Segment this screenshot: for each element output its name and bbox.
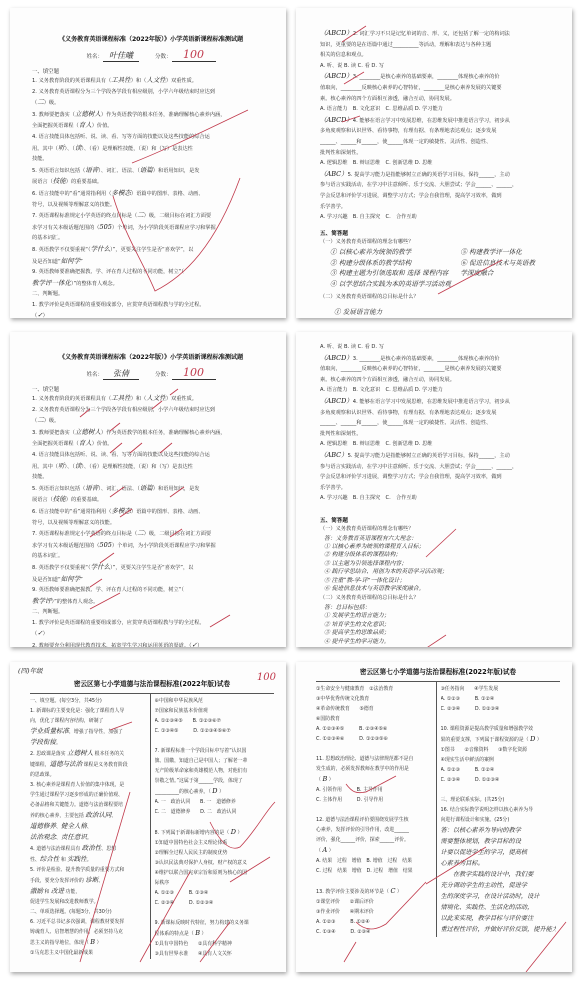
- question-line: 12. 道德与法治课程评价要围绕发展学生核: [316, 815, 432, 825]
- question-line: ③具有世界水准 ④具有人文关怀: [155, 949, 271, 959]
- question-line: ③认识民法典对保护人身权、财产权的意义: [155, 858, 271, 868]
- question-text: 技能。: [32, 474, 48, 480]
- score-value: 100: [172, 366, 216, 380]
- question-line: 用。其中（听）、（读）、（看）是理解性技能，（说）和（写）是表达性: [32, 461, 270, 473]
- question-line: （ABC）5. 提高学习能力是指能够树立正确的英语学习目标，保持______，主…: [320, 169, 556, 181]
- question-line: 7. 英语课程标准规定小学英语的终点目标是（二）级，二级目标在词汇方面要: [32, 528, 270, 540]
- question-line: [155, 908, 271, 918]
- handwritten-answer: 人文性: [146, 76, 166, 84]
- question-text: 向进行课程设计和实施。(25分): [441, 817, 510, 823]
- question-text: 4. 道德与法治课程具有: [30, 846, 82, 852]
- handwritten-answer-line: 答：以核心素养为导向的教学: [441, 825, 557, 836]
- score-label: 分数：: [155, 372, 172, 378]
- question-text: ）价值。: [92, 441, 113, 447]
- english-exam-sheet-1-back: （ABCD）2. 词汇学习不只是记忆单词的音、形、义，还包括了解一定的构词法知识…: [296, 8, 572, 318]
- question-line: 2. 教师要充分利用现代教育技术，拓宽学生学习和运用英语的渠道。（✓）: [32, 640, 270, 647]
- handwritten-answer: 如何学: [61, 575, 81, 583]
- handwritten-answer-line: 心素养为目标。: [441, 858, 557, 869]
- handwritten-answer-line: ① 以核心素养为统领的教学: [330, 247, 454, 258]
- handwritten-answer: 诊断: [85, 876, 98, 884]
- handwritten-answer: 政治认同: [85, 811, 111, 819]
- question-text: 1. 义务教育阶段的英语课程具有（: [32, 78, 111, 84]
- handwritten-answer: 学什么: [91, 245, 111, 253]
- question-line: 崇敬之情。”这属于第______学段，体现了: [155, 776, 271, 786]
- question-text: ______、______和______，使______体现一定的敏捷性、灵活性…: [320, 420, 491, 426]
- handwritten-answer: 政治性: [82, 844, 102, 852]
- english-exam-sheet-2-back: A. 听、说 B. 读 C. 看 D. 写 （ABCD）3. ________是…: [296, 332, 572, 647]
- question-text: ）语篇中的图形、表格、动画、: [131, 191, 204, 197]
- question-line: 1. 义务教育阶段的英语课程具有（工具性）和（人文性）双重性质。: [32, 75, 270, 87]
- question-line: 程体系的特点是（ B ）: [155, 928, 271, 939]
- question-text: A. 听、说 B. 读 C. 看 D. 写: [320, 63, 384, 69]
- handwritten-answer: 工具性: [111, 76, 131, 84]
- question-text: ）: [200, 931, 206, 937]
- question-text: 及是否知道“: [32, 259, 61, 265]
- handwritten-answer: 教学评一体化: [32, 279, 71, 287]
- answer-list-q1: 答：义务教育英语课程有六大理念：① 以核心素养为统领的课程育人目标；② 构建分级…: [320, 535, 556, 594]
- question-line: 7. 新课程标准一个学段目标中写着“认识国: [155, 746, 271, 756]
- question-line: ①知道中国特色社会主义理论体系: [155, 838, 271, 848]
- question-text: 批判性和深刻性。: [320, 150, 362, 156]
- handwritten-answer: （ABC）: [320, 170, 348, 178]
- handwritten-answer: 语音: [85, 484, 98, 492]
- question-line: （ABCD）4. 能够在语言学习中发展思维，在思维发展中推进语言学习，初步从: [320, 115, 556, 127]
- question-line: 学会反思和评价学习进展，调整学习方式；学会自我管理，提高学习效率，做到: [320, 191, 556, 202]
- handwritten-answer-line: 答：义务教育英语课程有六大理念：: [324, 535, 556, 543]
- handwritten-answer-line: 在教学实践的设计中，我们要: [441, 869, 557, 880]
- question-line: 评价，强化______评价，探索______评价。: [316, 835, 432, 845]
- question-text: 性、: [30, 857, 40, 863]
- question-text: ，增强了指导性，加强了: [69, 729, 123, 735]
- question-text: 求学习有关本级话题范围的（: [32, 225, 99, 231]
- question-line: 向，优化了课程内容结构，研制了: [30, 716, 146, 726]
- question-text: 用。其中（: [32, 146, 58, 152]
- handwritten-answer-line: 答：总目标包括：: [324, 604, 556, 612]
- question-text: 、: [98, 878, 103, 884]
- exam-title: 《义务教育英语课程标准（2022年版）》小学英语新课程标准测试题: [32, 352, 270, 361]
- question-line: A. 逻辑思维 B. 辩证思维 C. 创新思维 D. 思维: [320, 439, 556, 450]
- answer-list-q2: 答：总目标包括：① 发展学生的语言能力；② 培育学生的文化意识；③ 提高学生的思…: [320, 604, 556, 646]
- question-line: 二、判断题。: [32, 607, 270, 618]
- question-text: 5. 英语语言知识包括（: [32, 486, 85, 492]
- question-text: 3. 核心素养是课程育人价值的集中体现，是: [30, 782, 124, 788]
- question-text: 学会反思和评价学习进展，调整学习方式；学会自我管理，提高学习效率，做到: [320, 474, 502, 480]
- question-line: 性、综合性 和 实践性。: [30, 854, 146, 865]
- question-line: 值取向，________反映核心素养的心智特征，________是核心素养发展的…: [320, 364, 556, 375]
- question-text: ⑥国防教育: [316, 716, 340, 722]
- question-line: ②理解全过程人民民主的制度优势: [155, 848, 271, 858]
- handwritten-answer: 改进: [51, 887, 64, 895]
- question-line: 果的重要支撑，下列属于课程资源的是（ D ）: [441, 734, 557, 745]
- question-line: A. 语言能力 B. 文化意识 C. 思维品质 D. 学习能力: [320, 104, 556, 115]
- handwritten-answer-line: ④ 提升学生的学习能力。: [324, 638, 556, 646]
- question-line: 全面把握英语课程（育人）价值。: [32, 120, 270, 132]
- question-text: ”: [80, 259, 83, 265]
- question-text: 二、单项选择题。(每题3分，共30分): [30, 909, 112, 915]
- question-line: 10. 课程资源是提高教学质量和增强教学效: [441, 724, 557, 734]
- question-line: 教学评）”的整体育人观念。: [32, 596, 270, 608]
- handwritten-answer-line: ⑤ 构建教学评一体化: [460, 247, 556, 258]
- question-line: [316, 876, 432, 886]
- question-line: 参与语言实践活动，在学习中注意倾听、乐于交流、大胆尝试；学会______、___…: [320, 180, 556, 191]
- question-text: A. ①②③④⑤ B. ②③④⑤⑥: [316, 726, 387, 732]
- question-line: ④革命传统教育 ⑤德育: [316, 704, 432, 714]
- question-text: 3. ________是核心素养的基础要素，________体现核心素养的价: [353, 74, 500, 80]
- handwritten-answer: 责任意识: [61, 833, 87, 841]
- handwritten-answer-line: ⑥ 促进信息技术与英语教学深度融合。: [324, 585, 556, 593]
- question-text: 评价，强化______评价，探索______评价。: [316, 837, 409, 843]
- handwritten-answer: 多模态: [111, 507, 131, 515]
- question-line: [155, 736, 271, 746]
- question-text: 向，优化了课程内容结构，研制了: [30, 718, 103, 724]
- question-text: C. ②③④ D. ①②③④: [155, 900, 214, 906]
- question-text: 16. 结合实际教学说明怎样以核心素养为导: [441, 807, 533, 813]
- handwritten-answer: 学业质量标准: [30, 727, 69, 735]
- question-line: 5. 英语语言知识包括（语音）、词汇、语法、（语篇）和语用知识，是发: [32, 165, 270, 177]
- score-value: 100: [172, 48, 216, 62]
- question-text: ③中华优秀传统文化教育: [316, 696, 369, 702]
- question-line: 心素养，发挥评价的引导作用，改进______: [316, 825, 432, 835]
- handwritten-answer: 立德树人: [75, 428, 101, 436]
- question-text: A. ①②③ B. ①②④: [316, 919, 370, 925]
- section-short-answer: 五、简答题: [320, 229, 556, 237]
- question-line: __________的核心素养。（ D ）: [155, 786, 271, 797]
- question-line: 促进学生发展和改进教师教学。: [30, 897, 146, 907]
- question-line: 思主义的指导地位，体现（ B ）: [30, 937, 146, 948]
- question-text: 1. 教学评价是英语课程的重要组成部分，应贯穿英语课程教与学的全过程。: [32, 620, 205, 626]
- question-text: 功能，: [64, 889, 80, 895]
- exam-title: 密云区第七小学道德与法治课程标准(2022年版)试卷: [316, 666, 560, 676]
- question-line: A. 引领作用 B. 主导作用: [316, 785, 432, 795]
- question-line: 8. 英语教学不仅要重视“（学什么）”，更要关注学生是否“喜欢学”，以: [32, 562, 270, 574]
- question-text: C. ①②③④⑥ D. ①②③⑤⑥: [316, 736, 388, 742]
- question-text: ）和（: [131, 396, 147, 402]
- question-text: 8. 英语教学不仅要重视“（: [32, 247, 91, 253]
- question-text: 3. ________是核心素养的基础要素，________体现核心素养的价: [353, 356, 500, 362]
- question-text: 展语言（: [32, 497, 53, 503]
- question-line: C. 二 道德修养 D. 二 政治认同: [155, 807, 271, 817]
- question-text: 及是否知道“: [32, 577, 61, 583]
- exam-paper-collage: 《义务教育英语课程标准（2022年版）》小学英语新课程标准测试题 姓名：叶佳曦 …: [0, 0, 582, 982]
- question-line: （ABCD）2. 词汇学习不只是记忆单词的音、形、义，还包括了解一定的构词法: [320, 28, 556, 40]
- handwritten-answer: 505: [99, 223, 111, 231]
- handwritten-answer: 实践性: [67, 855, 87, 863]
- question-line: ④维护以联合国宪章宗旨和原则为核心的国: [155, 868, 271, 878]
- question-line: 参与语言实践活动，在学习中注意倾听、乐于交流、大胆尝试；学会______、___…: [320, 462, 556, 473]
- question-line: 展语言（技能）的重要基础。: [32, 176, 270, 188]
- question-text: ⑦国家和民族基本价值观: [155, 708, 208, 714]
- question-line: A. ①②③④⑤ B. ①②③⑥⑦: [155, 716, 271, 726]
- question-line: （二）级。: [32, 97, 270, 109]
- question-text: A. 学习兴趣 B. 自主探究 C. 合作互助: [320, 495, 417, 501]
- question-text: A. ①②③ B. ①②④: [441, 767, 495, 773]
- question-line: 际秩序: [155, 878, 271, 888]
- question-text: ）的重要基础。: [66, 179, 102, 185]
- handwritten-answer: 学什么: [91, 563, 111, 571]
- handwritten-answer-line: 充分调动学生的主动性，促进学: [441, 880, 557, 891]
- question-line: A. ①②③④⑤ B. ②③④⑤⑥: [316, 724, 432, 734]
- handwritten-answer-line: ② 培育学生的文化意识；: [324, 621, 556, 629]
- question-line: A. 语言能力 B. 文化意识 C. 思维品质 D. 学习能力: [320, 385, 556, 396]
- question-line: 一、填空题。(每空3分，共45分): [30, 696, 146, 706]
- question-text: 学会反思和评价学习进展，调整学习方式；学会自我管理，提高学习效率，做到: [320, 193, 502, 199]
- short-answer-question-2: （二）义务教育英语课程的总目标是什么？: [320, 292, 556, 303]
- handwritten-answer-line: ① 发展学生的语言能力；: [324, 612, 556, 620]
- student-name: 张倩: [103, 368, 139, 380]
- name-score-row: 姓名：张倩 分数：100: [32, 366, 270, 380]
- question-line: 2. 思政课是落实 立德树人 根本任务的关: [30, 748, 146, 759]
- question-line: 全面把握英语课程（育人）价值。: [32, 438, 270, 450]
- question-line: 乐学善学。: [320, 202, 556, 213]
- question-line: ⑥国防教育: [316, 714, 432, 724]
- answer-list-right: ⑤ 构建教学评一体化⑥ 促进信息技术与英语教学深度融合: [460, 247, 556, 289]
- question-text: ④现实生活中鲜活的案例: [441, 757, 494, 763]
- name-label: 姓名：: [86, 372, 103, 378]
- question-text: 全面把握英语课程（: [32, 123, 79, 129]
- question-line: （ABCD）4. 能够在语言学习中发展思维，在思维发展中推进语言学习，初步从: [320, 396, 556, 408]
- question-text: 10. 课程资源是提高教学质量和增强教学效: [441, 726, 533, 732]
- exam-title: 《义务教育英语课程标准（2022年版）》小学英语新课程标准测试题: [32, 34, 270, 43]
- grade-note: (四)年级: [18, 666, 43, 675]
- question-text: 乐学善学。: [320, 485, 346, 491]
- question-line: 3. 教师要把落实（立德树人）作为英语教学的根本任务，准确理解核心素养内涵，: [32, 109, 270, 121]
- question-line: A. ①②③ B. ①②④: [316, 917, 432, 927]
- question-text: ）作为英语教学的根本任务，准确理解核心素养内涵，: [101, 112, 226, 118]
- question-text: ③任务指向 ④学生发展: [441, 686, 499, 692]
- question-text: ）: [395, 889, 401, 895]
- question-text: 和: [43, 889, 51, 895]
- question-text: 用。其中（: [32, 464, 58, 470]
- question-line: （二）级。: [32, 415, 270, 427]
- answer-list-q2: ① 发展语言能力: [320, 307, 556, 318]
- question-text: ）: [43, 313, 48, 318]
- question-text: 展语言（: [32, 179, 53, 185]
- question-text: ④革命传统教育 ⑤德育: [316, 706, 374, 712]
- question-line: 学会反思和评价学习进展，调整学习方式；学会自我管理，提高学习效率，做到: [320, 472, 556, 483]
- question-line: （ABCD）3. ________是核心素养的基础要素，________体现核心…: [320, 71, 556, 83]
- question-text: 5. 提高学习能力是指能够树立正确的英语学习目标，保持______，主动: [348, 172, 510, 178]
- question-line: 5. 评价是检验、提升教学质量的重要方式和: [30, 865, 146, 875]
- question-text: 素。核心素养的四个方面相互渗透，融合互动，协同发展。: [320, 96, 455, 102]
- handwritten-answer-line: ③ 构建主题为引领选取和 选择 课程内容: [330, 268, 454, 279]
- question-line: 无产阶级革命家和英雄模范人物，对他们有: [155, 766, 271, 776]
- question-text: ）: [535, 737, 541, 743]
- question-text: 、思想: [101, 846, 116, 852]
- question-text: __________的核心素养。（: [155, 789, 213, 795]
- question-text: 2. 教师要充分利用现代教育技术，拓宽学生学习和运用英语的渠道。（: [32, 643, 192, 647]
- question-text: 3. 教师要把落实（: [32, 112, 75, 118]
- question-line: 2. 义务教育英语课程分为三个学段各学段有相应级别，小学六年级结束时应达到: [32, 87, 270, 98]
- moral-law-exam-page-2: 密云区第七小学道德与法治课程标准(2022年版)试卷 ①生命安全与健康教育 ②法…: [296, 662, 572, 972]
- question-line: （ B ）: [316, 774, 432, 785]
- handwritten-answer: 道德与法治: [50, 760, 83, 768]
- question-line: 法治观念、责任意识。: [30, 832, 146, 843]
- handwritten-answer-line: 计要以促进学生的学习，提高核: [441, 847, 557, 858]
- question-line: A. 学习兴趣 B. 自主探究 C. 合作互助: [320, 493, 556, 504]
- question-line: A. 学习兴趣 B. 自主探究 C. 合作互助: [320, 212, 556, 223]
- question-text: ）、词汇、语法、（: [98, 168, 140, 174]
- name-label: 姓名：: [86, 54, 103, 60]
- name-score-row: 姓名：叶佳曦 分数：100: [32, 48, 270, 62]
- question-line: 的思政课。: [30, 770, 146, 780]
- handwritten-answer: 人文性: [146, 394, 166, 402]
- question-line: 及是否知道“如何学”: [32, 574, 270, 586]
- question-line: 技能。: [32, 154, 270, 165]
- section-fill-blank: 一、填空题: [32, 67, 270, 75]
- question-line: C. ①③④ D. ②③④: [316, 927, 432, 937]
- question-line: 3. 教师要把落实（立德树人）作为英语教学的根本任务，准确理解核心素养内涵，: [32, 427, 270, 439]
- handwritten-answer: 育人: [79, 439, 92, 447]
- handwritten-answer-line: ③ 提高学生的思维品质；: [324, 629, 556, 637]
- question-text: 。: [87, 857, 92, 863]
- question-line: 道德修养、健全人格、: [30, 821, 146, 832]
- question-text: 值取向，________反映核心素养的心智特征，________是核心素养发展的…: [320, 366, 502, 372]
- question-text: ）和（: [131, 78, 147, 84]
- question-text: 2. 义务教育英语课程分为三个学段各学段有相应级别，小学六年级结束时应达到: [32, 89, 215, 95]
- question-line: 求学习有关本级话题范围的（505）个单词，为小学阶段英语课程应学习和掌握: [32, 540, 270, 552]
- question-text: ）个单词，为小学阶段英语课程应学习和掌握: [112, 543, 216, 549]
- question-text: ）价值。: [92, 123, 113, 129]
- question-line: A. ①②③ B. ①②④: [441, 694, 557, 704]
- question-text: ①知道中国特色社会主义理论体系: [155, 840, 228, 846]
- question-line: （ABCD）3. ________是核心素养的基础要素，________体现核心…: [320, 353, 556, 365]
- question-text: 9. 英语教师要准确把握教、学、评在育人过程的不同功能，树立“（: [32, 269, 184, 275]
- question-line: 发生成的，必须发挥教师在教学中的作用是: [316, 764, 432, 774]
- question-line: A. 听、说 B. 读 C. 看 D. 写: [320, 61, 556, 72]
- question-text: 二、判断题。: [32, 291, 63, 297]
- question-line: ______、______和______，使______体现一定的敏捷性、灵活性…: [320, 418, 556, 429]
- question-text: ）作为英语教学的根本任务，准确理解核心素养内涵，: [101, 430, 226, 436]
- question-line: ①生命安全与健康教育 ②法治教育: [316, 684, 432, 694]
- question-text: ）级，二级目标在词汇方面要: [144, 213, 211, 219]
- english-exam-sheet-2-front: 《义务教育英语课程标准（2022年版）》小学英语新课程标准测试题 姓名：张倩 分…: [10, 332, 286, 647]
- question-text: ）、词汇、语法、（: [98, 486, 140, 492]
- answer-list-left: ① 以核心素养为统领的教学② 构建分级体系的教学结构③ 构建主题为引领选取和 选…: [320, 247, 454, 289]
- question-text: 4. 语言技能具体包括听、说、读、看、写等方面的技能以及这些技能的综合运: [32, 134, 210, 140]
- handwritten-answer: 工具性: [111, 394, 131, 402]
- question-text: ）个单词，为小学阶段英语课程应学习和掌握: [112, 225, 216, 231]
- left-column: 一、填空题。(每空3分，共45分)1. 新课标的主要变化是：强化了课程育人导向，…: [30, 694, 150, 959]
- question-line: 9. 新课标反映时代特征，努力构建的义务课: [155, 918, 271, 928]
- question-text: ）: [43, 631, 48, 637]
- question-line: 激励 和 改进 功能，: [30, 886, 146, 897]
- question-text: ）”，更要关注学生是否“喜欢学”，以: [110, 565, 193, 571]
- question-text: ）: [218, 789, 224, 795]
- question-text: 旗、国徽，知道自己是中国人；了解老一辈: [155, 758, 248, 764]
- question-line: A. ①②③ B. ①②④: [441, 765, 557, 775]
- handwritten-answer: 立德树人: [75, 110, 101, 118]
- question-text: ）: [327, 848, 333, 854]
- question-line: ③作业评价 ④期末评价: [316, 907, 432, 917]
- question-line: 手段，要充分发挥评价的 诊断、: [30, 875, 146, 886]
- handwritten-answer: 505: [99, 541, 111, 549]
- options-line: A. 听、说 B. 读 C. 看 D. 写: [320, 342, 556, 353]
- question-text: ②理解全过程人民民主的制度优势: [155, 850, 228, 856]
- question-lines: 1. 义务教育阶段的英语课程具有（工具性）和（人文性）双重性质。2. 义务教育英…: [32, 75, 270, 318]
- question-text: ）和语用知识，是发: [153, 486, 200, 492]
- question-text: A. 引领作用 B. 主导作用: [316, 787, 383, 793]
- question-text: 3. 教师要把落实（: [32, 430, 75, 436]
- question-line: 1. 新课标的主要变化是：强化了课程育人导: [30, 706, 146, 716]
- handwritten-answer: 如何学: [61, 257, 81, 265]
- question-line: 展语言（技能）的重要基础。: [32, 494, 270, 506]
- handwritten-answer-line: ④ 以学思结合实践为本的英语学习活动观: [330, 279, 454, 290]
- question-line: 多角度观察和认识世界、看待事物，有理有据、有条理地表达观点；逐步发展: [320, 408, 556, 419]
- question-text: 2. 义务教育英语课程分为三个学段各学段有相应级别，小学六年级结束时应达到: [32, 407, 215, 413]
- question-text: C. 过程 结果 增值 D. 过程 增值 结果: [316, 868, 413, 874]
- student-name: 叶佳曦: [103, 50, 139, 62]
- handwritten-answer: 多模态: [111, 189, 131, 197]
- question-text: 的基本词汇。: [32, 553, 63, 559]
- section-fill-blank: 一、填空题: [32, 385, 270, 393]
- question-line: ③任务指向 ④学生发展: [441, 684, 557, 694]
- short-answer-question-2: （二）义务教育英语课程的总目标是什么？: [320, 593, 556, 604]
- question-line: C. ①②③④⑥ D. ①②③⑤⑥: [316, 734, 432, 744]
- question-line: ①具有中国特色 ②具有科学精神: [155, 939, 271, 949]
- question-line: 的基本词汇。: [32, 233, 270, 244]
- question-text: ）语篇中的图形、表格、动画、: [131, 509, 204, 515]
- handwritten-answer-line: ② 构建分级体系的教学结构: [330, 258, 454, 269]
- handwritten-answer: 技能: [53, 495, 66, 503]
- question-line: 技能。: [32, 472, 270, 483]
- question-line: C. ②③④ D. ①②③④: [155, 898, 271, 908]
- handwritten-answer: （ABCD）: [320, 354, 353, 362]
- question-text: 铸魂育人、启智增慧的作用，必须坚持马克: [30, 929, 123, 935]
- question-line: [441, 785, 557, 795]
- handwritten-answer-line: ② 构建分级体系的课程结构；: [324, 551, 556, 559]
- handwritten-answer-line: 生的深度学习，在设计活动时，设计: [441, 891, 557, 902]
- handwritten-answer: （ABCD）: [320, 29, 353, 37]
- question-text: 程体系的特点是（: [155, 931, 196, 937]
- question-text: 9. 新课标反映时代特征，努力构建的义务课: [155, 920, 249, 926]
- handwritten-answer: （ABC）: [320, 451, 348, 459]
- question-line: A. 逻辑思维 B. 辩证思维 C. 创新思维 D. 思维: [320, 158, 556, 169]
- left-column: ①生命安全与健康教育 ②法治教育③中华优秀传统文化教育④革命传统教育 ⑤德育⑥国…: [316, 682, 436, 937]
- question-line: 的基本词汇。: [32, 551, 270, 562]
- handwritten-answer: 教学评: [32, 597, 52, 605]
- question-text: ）双重性质。: [166, 78, 197, 84]
- question-line: 值取向，________反映核心素养的心智特征，________是核心素养发展的…: [320, 83, 556, 94]
- question-text: 的思政课。: [30, 772, 54, 778]
- question-text: 的基本词汇。: [32, 235, 63, 241]
- handwritten-answer: 技能: [53, 177, 66, 185]
- question-text: 6. 习近平总书记多次强调，课程教材要发挥: [30, 919, 124, 925]
- handwritten-answer-line: ④ 践行学思结合、用创为本的英语学习活动观；: [324, 568, 556, 576]
- question-line: 铸魂育人、启智增慧的作用，必须坚持马克: [30, 927, 146, 937]
- question-text: ）”的整体育人观念。: [52, 599, 99, 605]
- handwritten-answer-line: 需要整体规划，教学目标的设: [441, 836, 557, 847]
- question-text: 多角度观察和认识世界、看待事物，有理有据、有条理地表达观点；逐步发展: [320, 410, 496, 416]
- question-line: 养的核心素养，主要包括 政治认同、: [30, 810, 146, 821]
- question-line: ⑥中国和中华民族风范: [155, 696, 271, 706]
- question-text: 4. 能够在语言学习中发展思维，在思维发展中推进语言学习，初步从: [353, 118, 510, 124]
- question-text: 必备品格和关键能力。道德与法治课程要培: [30, 802, 123, 808]
- question-line: 6. 习近平总书记多次强调，课程教材要发挥: [30, 917, 146, 927]
- handwritten-answer-line: ⑤ 注重“教-学-评”一体化设计；: [324, 577, 556, 585]
- question-line: 必备品格和关键能力。道德与法治课程要培: [30, 800, 146, 810]
- question-text: A. 一 政治认同 B. 一 道德修养: [155, 799, 236, 805]
- question-line: 3. 核心素养是课程育人价值的集中体现，是: [30, 780, 146, 790]
- handwritten-answer: 立德树人: [67, 749, 93, 757]
- question-text: 11. 思想政治理论、道德与法律规范都不是自: [316, 756, 413, 762]
- question-text: 二、判断题。: [32, 609, 63, 615]
- handwritten-answer: （ABCD）: [320, 397, 353, 405]
- question-line: 4. 语言技能具体包括听、说、读、看、写等方面的技能以及这些技能的综合运: [32, 450, 270, 461]
- question-line: 乐学善学。: [320, 483, 556, 494]
- question-text: 养的核心素养，主要包括: [30, 813, 85, 819]
- handwritten-answer-line: ① 发展语言能力: [334, 307, 556, 318]
- question-text: 7. 新课程标准一个学段目标中写着“认识国: [155, 748, 247, 754]
